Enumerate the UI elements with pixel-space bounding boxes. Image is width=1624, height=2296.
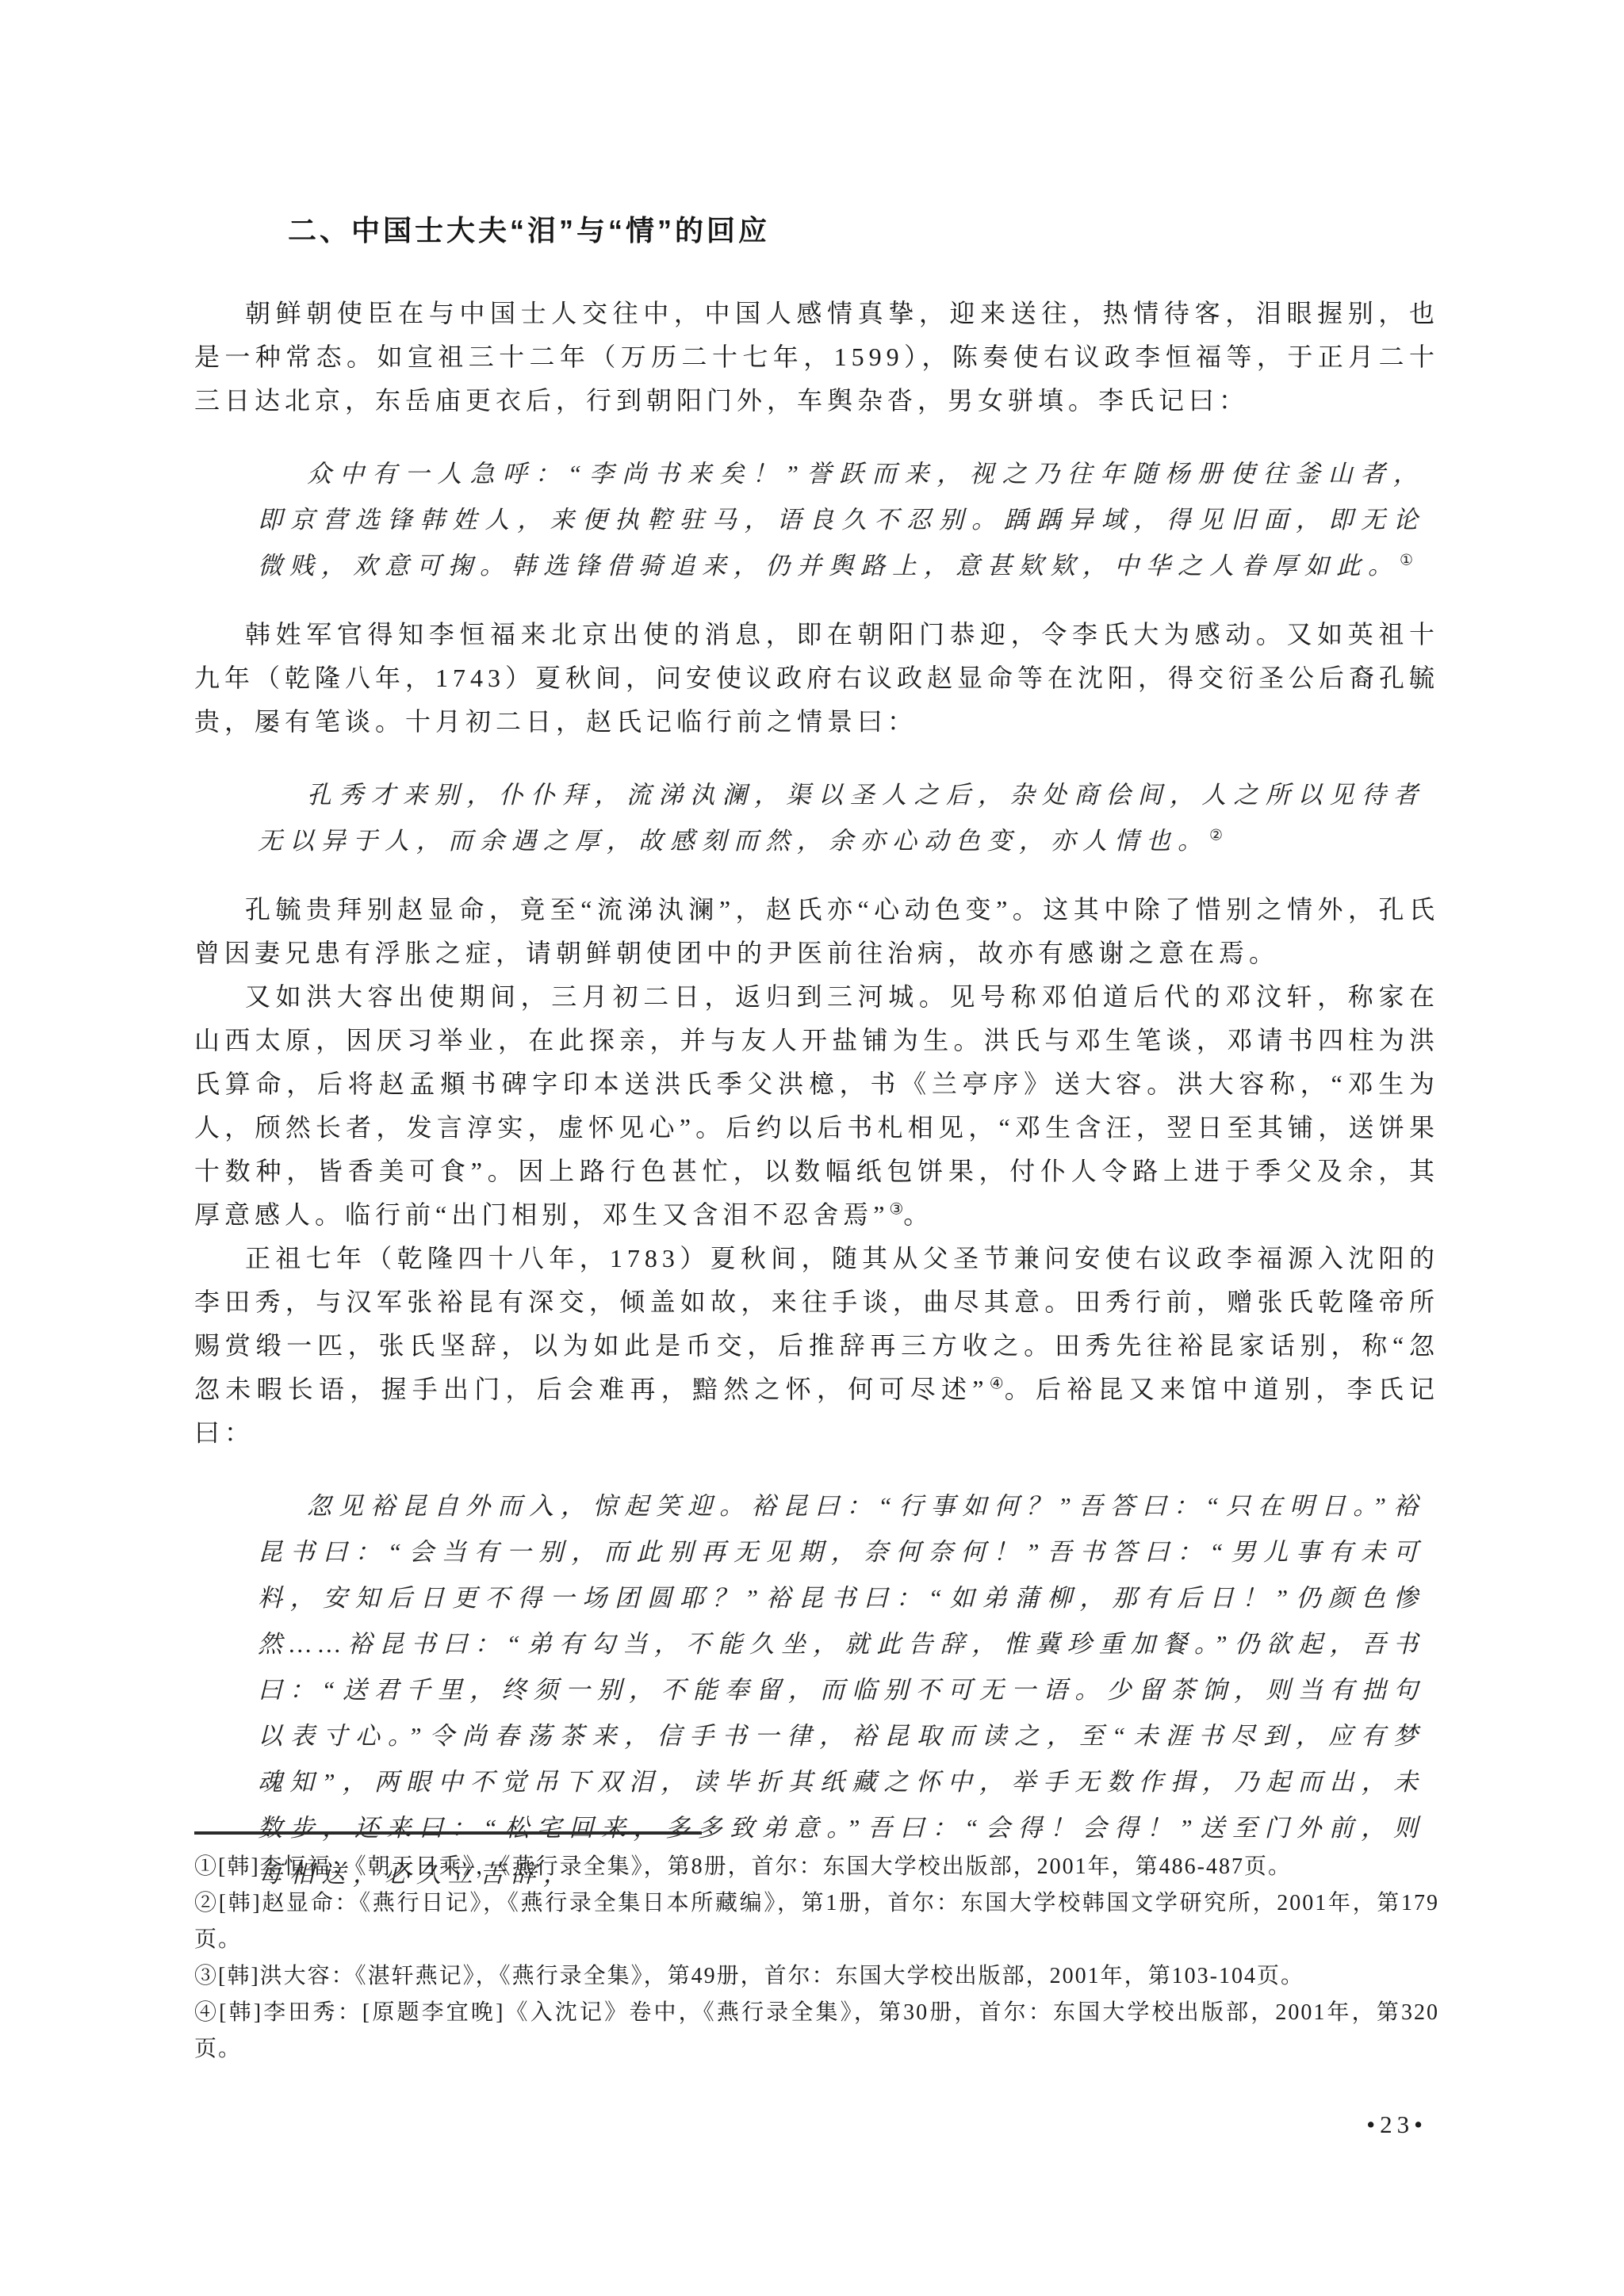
footnote-ref-4: ④ <box>988 1375 1004 1392</box>
footnote-marker: ③ <box>194 1964 218 1988</box>
paragraph-4: 又如洪大容出使期间，三月初二日，返归到三河城。见号称邓伯道后代的邓汶轩，称家在山… <box>194 975 1439 1237</box>
quote-2-text: 孔秀才来别，仆仆拜，流涕汍澜，渠以圣人之后，杂处商侩间，人之所以见待者无以异于人… <box>258 781 1425 855</box>
footnote-section: ①[韩]李恒福：《朝天日乘》，《燕行录全集》，第8册，首尔：东国大学校出版部，2… <box>194 1831 1439 2068</box>
footnote-item-3: ③[韩]洪大容：《湛轩燕记》，《燕行录全集》，第49册，首尔：东国大学校出版部，… <box>194 1958 1439 1995</box>
page-number: •23• <box>1366 2110 1427 2139</box>
section-heading: 二、中国士大夫“泪”与“情”的回应 <box>288 211 1439 251</box>
footnote-ref-3: ③ <box>889 1200 903 1218</box>
footnote-separator <box>194 1831 702 1835</box>
paragraph-4-tail: 。 <box>903 1200 933 1229</box>
footnote-text: [韩]赵显命：《燕行日记》，《燕行录全集日本所藏编》，第1册，首尔：东国大学校韩… <box>194 1891 1439 1952</box>
paragraph-1: 朝鲜朝使臣在与中国士人交往中，中国人感情真挚，迎来送往，热情待客，泪眼握别，也是… <box>194 292 1439 423</box>
footnote-ref-1: ① <box>1400 553 1413 569</box>
journal-page: 二、中国士大夫“泪”与“情”的回应 朝鲜朝使臣在与中国士人交往中，中国人感情真挚… <box>0 0 1624 2296</box>
block-quote-1: 众中有一人急呼：“李尚书来矣！”誉跃而来，视之乃往年随杨册使往釜山者，即京营选锋… <box>258 451 1425 589</box>
footnote-text: [韩]李恒福：《朝天日乘》，《燕行录全集》，第8册，首尔：东国大学校出版部，20… <box>218 1854 1292 1879</box>
paragraph-4-text: 又如洪大容出使期间，三月初二日，返归到三河城。见号称邓伯道后代的邓汶轩，称家在山… <box>194 982 1439 1229</box>
quote-1-text: 众中有一人急呼：“李尚书来矣！”誉跃而来，视之乃往年随杨册使往釜山者，即京营选锋… <box>258 460 1425 580</box>
paragraph-2: 韩姓军官得知李恒福来北京出使的消息，即在朝阳门恭迎，令李氏大为感动。又如英祖十九… <box>194 613 1439 744</box>
footnote-item-1: ①[韩]李恒福：《朝天日乘》，《燕行录全集》，第8册，首尔：东国大学校出版部，2… <box>194 1849 1439 1885</box>
article-body: 二、中国士大夫“泪”与“情”的回应 朝鲜朝使臣在与中国士人交往中，中国人感情真挚… <box>194 211 1439 1921</box>
footnote-text: [韩]李田秀：[原题李宜晚]《入沈记》卷中，《燕行录全集》，第30册，首尔：东国… <box>194 2000 1439 2061</box>
block-quote-2: 孔秀才来别，仆仆拜，流涕汍澜，渠以圣人之后，杂处商侩间，人之所以见待者无以异于人… <box>258 772 1425 864</box>
footnote-marker: ④ <box>194 2000 219 2025</box>
footnote-item-4: ④[韩]李田秀：[原题李宜晚]《入沈记》卷中，《燕行录全集》，第30册，首尔：东… <box>194 1995 1439 2068</box>
footnote-marker: ② <box>194 1891 219 1915</box>
paragraph-3: 孔毓贵拜别赵显命，竟至“流涕汍澜”，赵氏亦“心动色变”。这其中除了惜别之情外，孔… <box>194 888 1439 975</box>
footnote-marker: ① <box>194 1854 218 1879</box>
footnote-text: [韩]洪大容：《湛轩燕记》，《燕行录全集》，第49册，首尔：东国大学校出版部，2… <box>218 1964 1304 1988</box>
footnote-ref-2: ② <box>1209 828 1223 844</box>
paragraph-5: 正祖七年（乾隆四十八年，1783）夏秋间，随其从父圣节兼问安使右议政李福源入沈阳… <box>194 1237 1439 1455</box>
footnote-item-2: ②[韩]赵显命：《燕行日记》，《燕行录全集日本所藏编》，第1册，首尔：东国大学校… <box>194 1885 1439 1958</box>
